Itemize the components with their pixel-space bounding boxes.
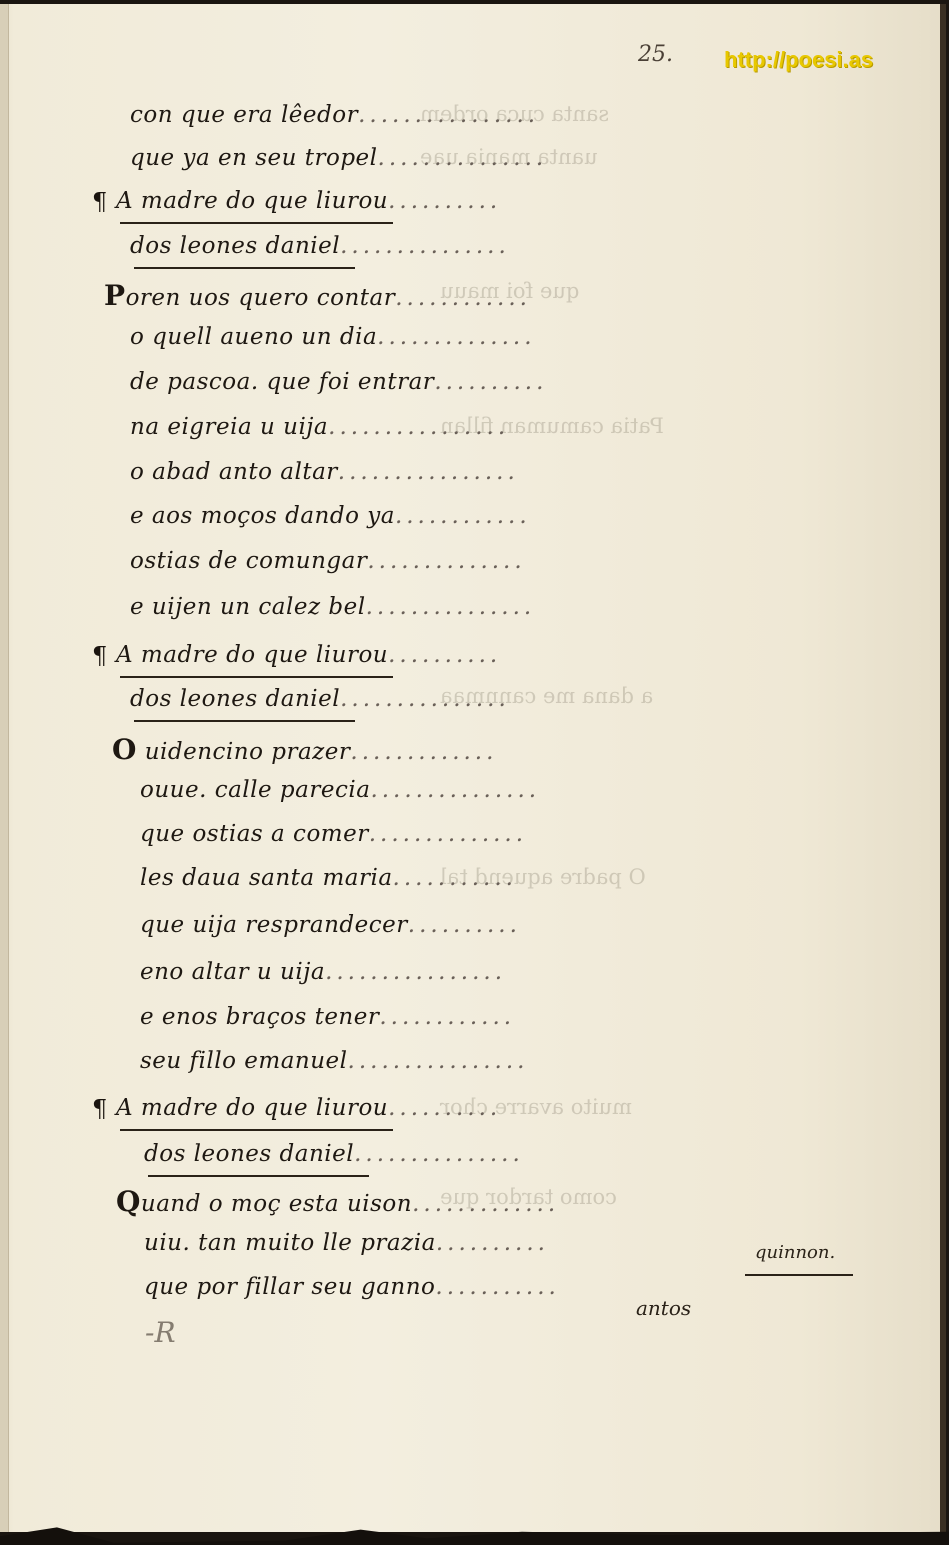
verse-line: seu fillo emanuel................ [140,1048,529,1074]
verse-text: que uija resprandecer [140,912,408,938]
verse-line: Poren uos quero contar............ [104,279,531,312]
verse-line: con que era lêedor................ [130,102,539,128]
verse-line: que uija resprandecer.......... [140,912,521,938]
verse-text: A madre do que liurou [116,642,388,668]
refrain-underline [134,267,355,269]
margin-note-underline [745,1274,853,1276]
leader-dots: .............. [377,324,535,350]
verse-text: na eigreia u uija [130,414,328,440]
verse-text: con que era lêedor [130,102,358,128]
verse-text: dos leones daniel [130,686,340,712]
refrain-line: A madre do que liurou.......... [116,642,501,668]
verse-text: que ostias a comer [140,821,369,847]
verse-line: de pascoa. que foi entrar.......... [130,369,547,395]
leader-dots: ............... [340,686,510,712]
refrain-underline [120,1129,393,1131]
leader-dots: ............... [370,777,540,803]
leader-dots: ............... [340,233,510,259]
leader-dots: ........... [435,1274,559,1300]
verse-text: o quell aueno un dia [130,324,377,350]
refrain-underline [148,1175,369,1177]
decorated-initial: P [104,279,126,312]
decorated-initial: Q [116,1185,141,1218]
verse-text: de pascoa. que foi entrar [130,369,434,395]
verse-text: seu fillo emanuel [140,1048,348,1074]
verse-line: uiu. tan muito lle prazia.......... [144,1230,549,1256]
verse-line: que ya en seu tropel............... [130,145,547,171]
leader-dots: ................ [358,102,539,128]
leader-dots: ................ [348,1048,529,1074]
verse-line: O uidencino prazer............. [112,733,497,766]
leader-dots: .......... [388,188,501,214]
verse-text: o abad anto altar [130,459,338,485]
leader-dots: .......... [436,1230,549,1256]
refrain-line: A madre do que liurou.......... [116,1095,501,1121]
verse-text: A madre do que liurou [116,188,388,214]
leader-dots: ............... [354,1141,524,1167]
verse-line: o quell aueno un dia.............. [130,324,536,350]
verse-line: eno altar u uija................ [140,959,506,985]
leader-dots: .............. [369,821,527,847]
catchword: antos [636,1296,691,1320]
leader-dots: ............. [350,739,497,765]
verse-line: dos leones daniel............... [130,233,510,259]
leader-dots: ............. [412,1191,559,1217]
verse-text: ouue. calle parecia [140,777,370,803]
verse-text: uiu. tan muito lle prazia [144,1230,436,1256]
leader-dots: ................ [338,459,519,485]
verse-line: Quand o moç esta uison............. [116,1185,559,1218]
verse-line: ouue. calle parecia............... [140,777,540,803]
decorated-initial: O [112,733,137,766]
verse-text: eno altar u uija [140,959,325,985]
verse-text: e aos moços dando ya [130,503,395,529]
watermark-url: http://poesi.as [724,47,873,73]
verse-text: dos leones daniel [144,1141,354,1167]
verse-line: na eigreia u uija................ [130,414,509,440]
verse-text: oren uos quero contar [126,285,396,311]
leader-dots: ............ [395,285,531,311]
leader-dots: .......... [434,369,547,395]
leader-dots: .............. [367,548,525,574]
verse-line: e enos braços tener............ [140,1004,515,1030]
verse-line: e uijen un calez bel............... [130,594,535,620]
verse-text: que ya en seu tropel [130,145,378,171]
refrain-underline [120,222,393,224]
verse-text: les dauа santa maria [140,865,393,891]
verse-line: les dauа santa maria........... [140,865,517,891]
leader-dots: .......... [408,912,521,938]
verse-line: e aos moços dando ya............ [130,503,531,529]
verse-text: A madre do que liurou [116,1095,388,1121]
leader-dots: ................ [325,959,506,985]
refrain-underline [134,720,355,722]
verse-text: e uijen un calez bel [130,594,366,620]
leader-dots: .......... [388,642,501,668]
leader-dots: .......... [388,1095,501,1121]
verse-line: que por fillar seu ganno........... [144,1274,560,1300]
pilcrow-icon: ¶ [92,188,107,216]
verse-line: ostias de comungar.............. [130,548,526,574]
verse-text: dos leones daniel [130,233,340,259]
verse-line: dos leones daniel............... [144,1141,524,1167]
verse-text: uidencino prazer [137,739,351,765]
refrain-line: A madre do que liurou.......... [116,188,501,214]
pilcrow-icon: ¶ [92,642,107,670]
refrain-underline [120,676,393,678]
verse-line: que ostias a comer.............. [140,821,527,847]
leader-dots: ............... [378,145,548,171]
pilcrow-icon: ¶ [92,1095,107,1123]
leader-dots: ............... [366,594,536,620]
leader-dots: ................ [328,414,509,440]
verse-line: o abad anto altar................ [130,459,519,485]
margin-note: quinnon. [755,1242,835,1263]
verse-text: uand o moç esta uison [141,1191,412,1217]
leader-dots: ............ [395,503,531,529]
verse-line: dos leones daniel............... [130,686,510,712]
verse-text: e enos braços tener [140,1004,379,1030]
verse-text: ostias de comungar [130,548,367,574]
manuscript-page: 25. http://poesi.as santa cuca ordem uan… [0,4,946,1532]
lower-margin-mark: -R [145,1316,176,1349]
verse-text: que por fillar seu ganno [144,1274,435,1300]
folio-number: 25. [638,42,673,67]
leader-dots: ........... [393,865,517,891]
leader-dots: ............ [379,1004,515,1030]
